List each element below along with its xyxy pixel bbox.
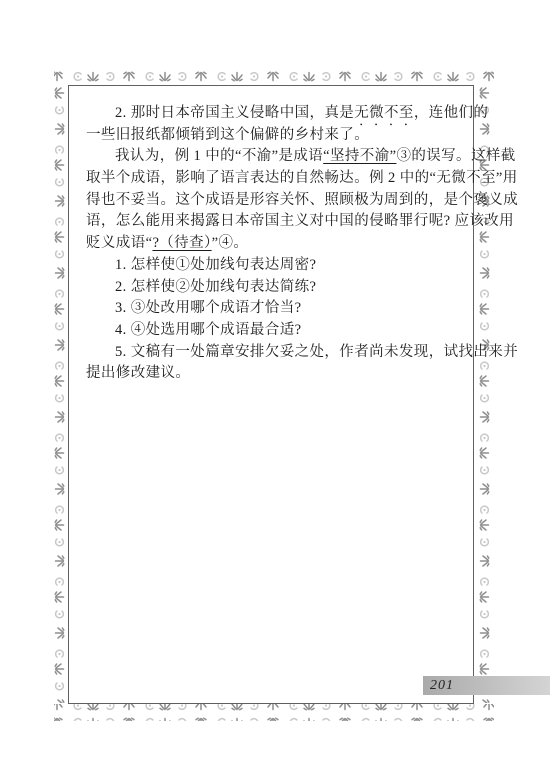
text-segment: 得也不妥当。这个成语是形容关怀、照顾极为周到的，是个褒义成: [86, 192, 518, 208]
text-line: 语，怎么能用来揭露日本帝国主义对中国的侵略罪行呢? 应该改用: [86, 211, 472, 233]
question-line: 3. ③处改用哪个成语才恰当?: [86, 298, 472, 320]
underlined-text: ?（待查）: [152, 235, 211, 251]
text-block: 2. 那时日本帝国主义侵略中国，真是无微不至，连他们的 一些旧报纸都倾销到这个偏…: [86, 103, 472, 385]
page-number-bar: 201: [423, 676, 550, 695]
text-segment: 1. 怎样使①处加线句表达周密?: [115, 257, 316, 273]
text-line: 我认为，例 1 中的“不渝”是成语“坚持不渝”③的误写。这样截: [86, 146, 472, 168]
text-line: 贬义成语“?（待查）”④。: [86, 233, 472, 255]
text-line: 一些旧报纸都倾销到这个偏僻的乡村来了。: [86, 125, 472, 147]
text-segment: ③的误写。这样截: [396, 148, 515, 164]
text-segment: 4. ④处选用哪个成语最合适?: [115, 322, 301, 338]
page-number: 201: [423, 678, 454, 694]
emphasized-text: 无微不至: [354, 105, 414, 121]
text-segment: 5. 文稿有一处篇章安排欠妥之处，作者尚未发现，试找出来并: [115, 344, 518, 360]
text-segment: 2. 怎样使②处加线句表达简练?: [115, 279, 316, 295]
text-line: 2. 那时日本帝国主义侵略中国，真是无微不至，连他们的: [86, 103, 472, 125]
text-segment: 一些旧报纸都倾销到这个偏僻的乡村来了。: [86, 127, 369, 143]
book-page: 2. 那时日本帝国主义侵略中国，真是无微不至，连他们的 一些旧报纸都倾销到这个偏…: [0, 0, 550, 778]
text-line: 取半个成语，影响了语言表达的自然畅达。例 2 中的“无微不至”用: [86, 168, 472, 190]
question-line: 1. 怎样使①处加线句表达周密?: [86, 255, 472, 277]
border-band-left: [51, 85, 68, 703]
text-segment: 我认为，例 1 中的“不渝”是成语: [115, 148, 323, 164]
text-line: 得也不妥当。这个成语是形容关怀、照顾极为周到的，是个褒义成: [86, 190, 472, 212]
border-band-top: [54, 67, 494, 84]
text-segment: 贬义成语“: [86, 235, 152, 251]
text-segment: 2. 那时日本帝国主义侵略中国，真是: [115, 105, 354, 121]
underlined-text: “坚持不渝”: [323, 148, 396, 164]
question-line: 4. ④处选用哪个成语最合适?: [86, 320, 472, 342]
text-segment: ，连他们的: [414, 105, 489, 121]
question-line: 提出修改建议。: [86, 363, 472, 385]
text-segment: 3. ③处改用哪个成语才恰当?: [115, 300, 301, 316]
text-segment: ”④。: [212, 235, 249, 251]
text-segment: 提出修改建议。: [86, 365, 190, 381]
question-line: 2. 怎样使②处加线句表达简练?: [86, 277, 472, 299]
question-line: 5. 文稿有一处篇章安排欠妥之处，作者尚未发现，试找出来并: [86, 342, 472, 364]
text-segment: 取半个成语，影响了语言表达的自然畅达。例 2 中的“无微不至”用: [86, 170, 518, 186]
border-band-bottom: [54, 704, 494, 721]
text-segment: 语，怎么能用来揭露日本帝国主义对中国的侵略罪行呢? 应该改用: [86, 213, 514, 229]
